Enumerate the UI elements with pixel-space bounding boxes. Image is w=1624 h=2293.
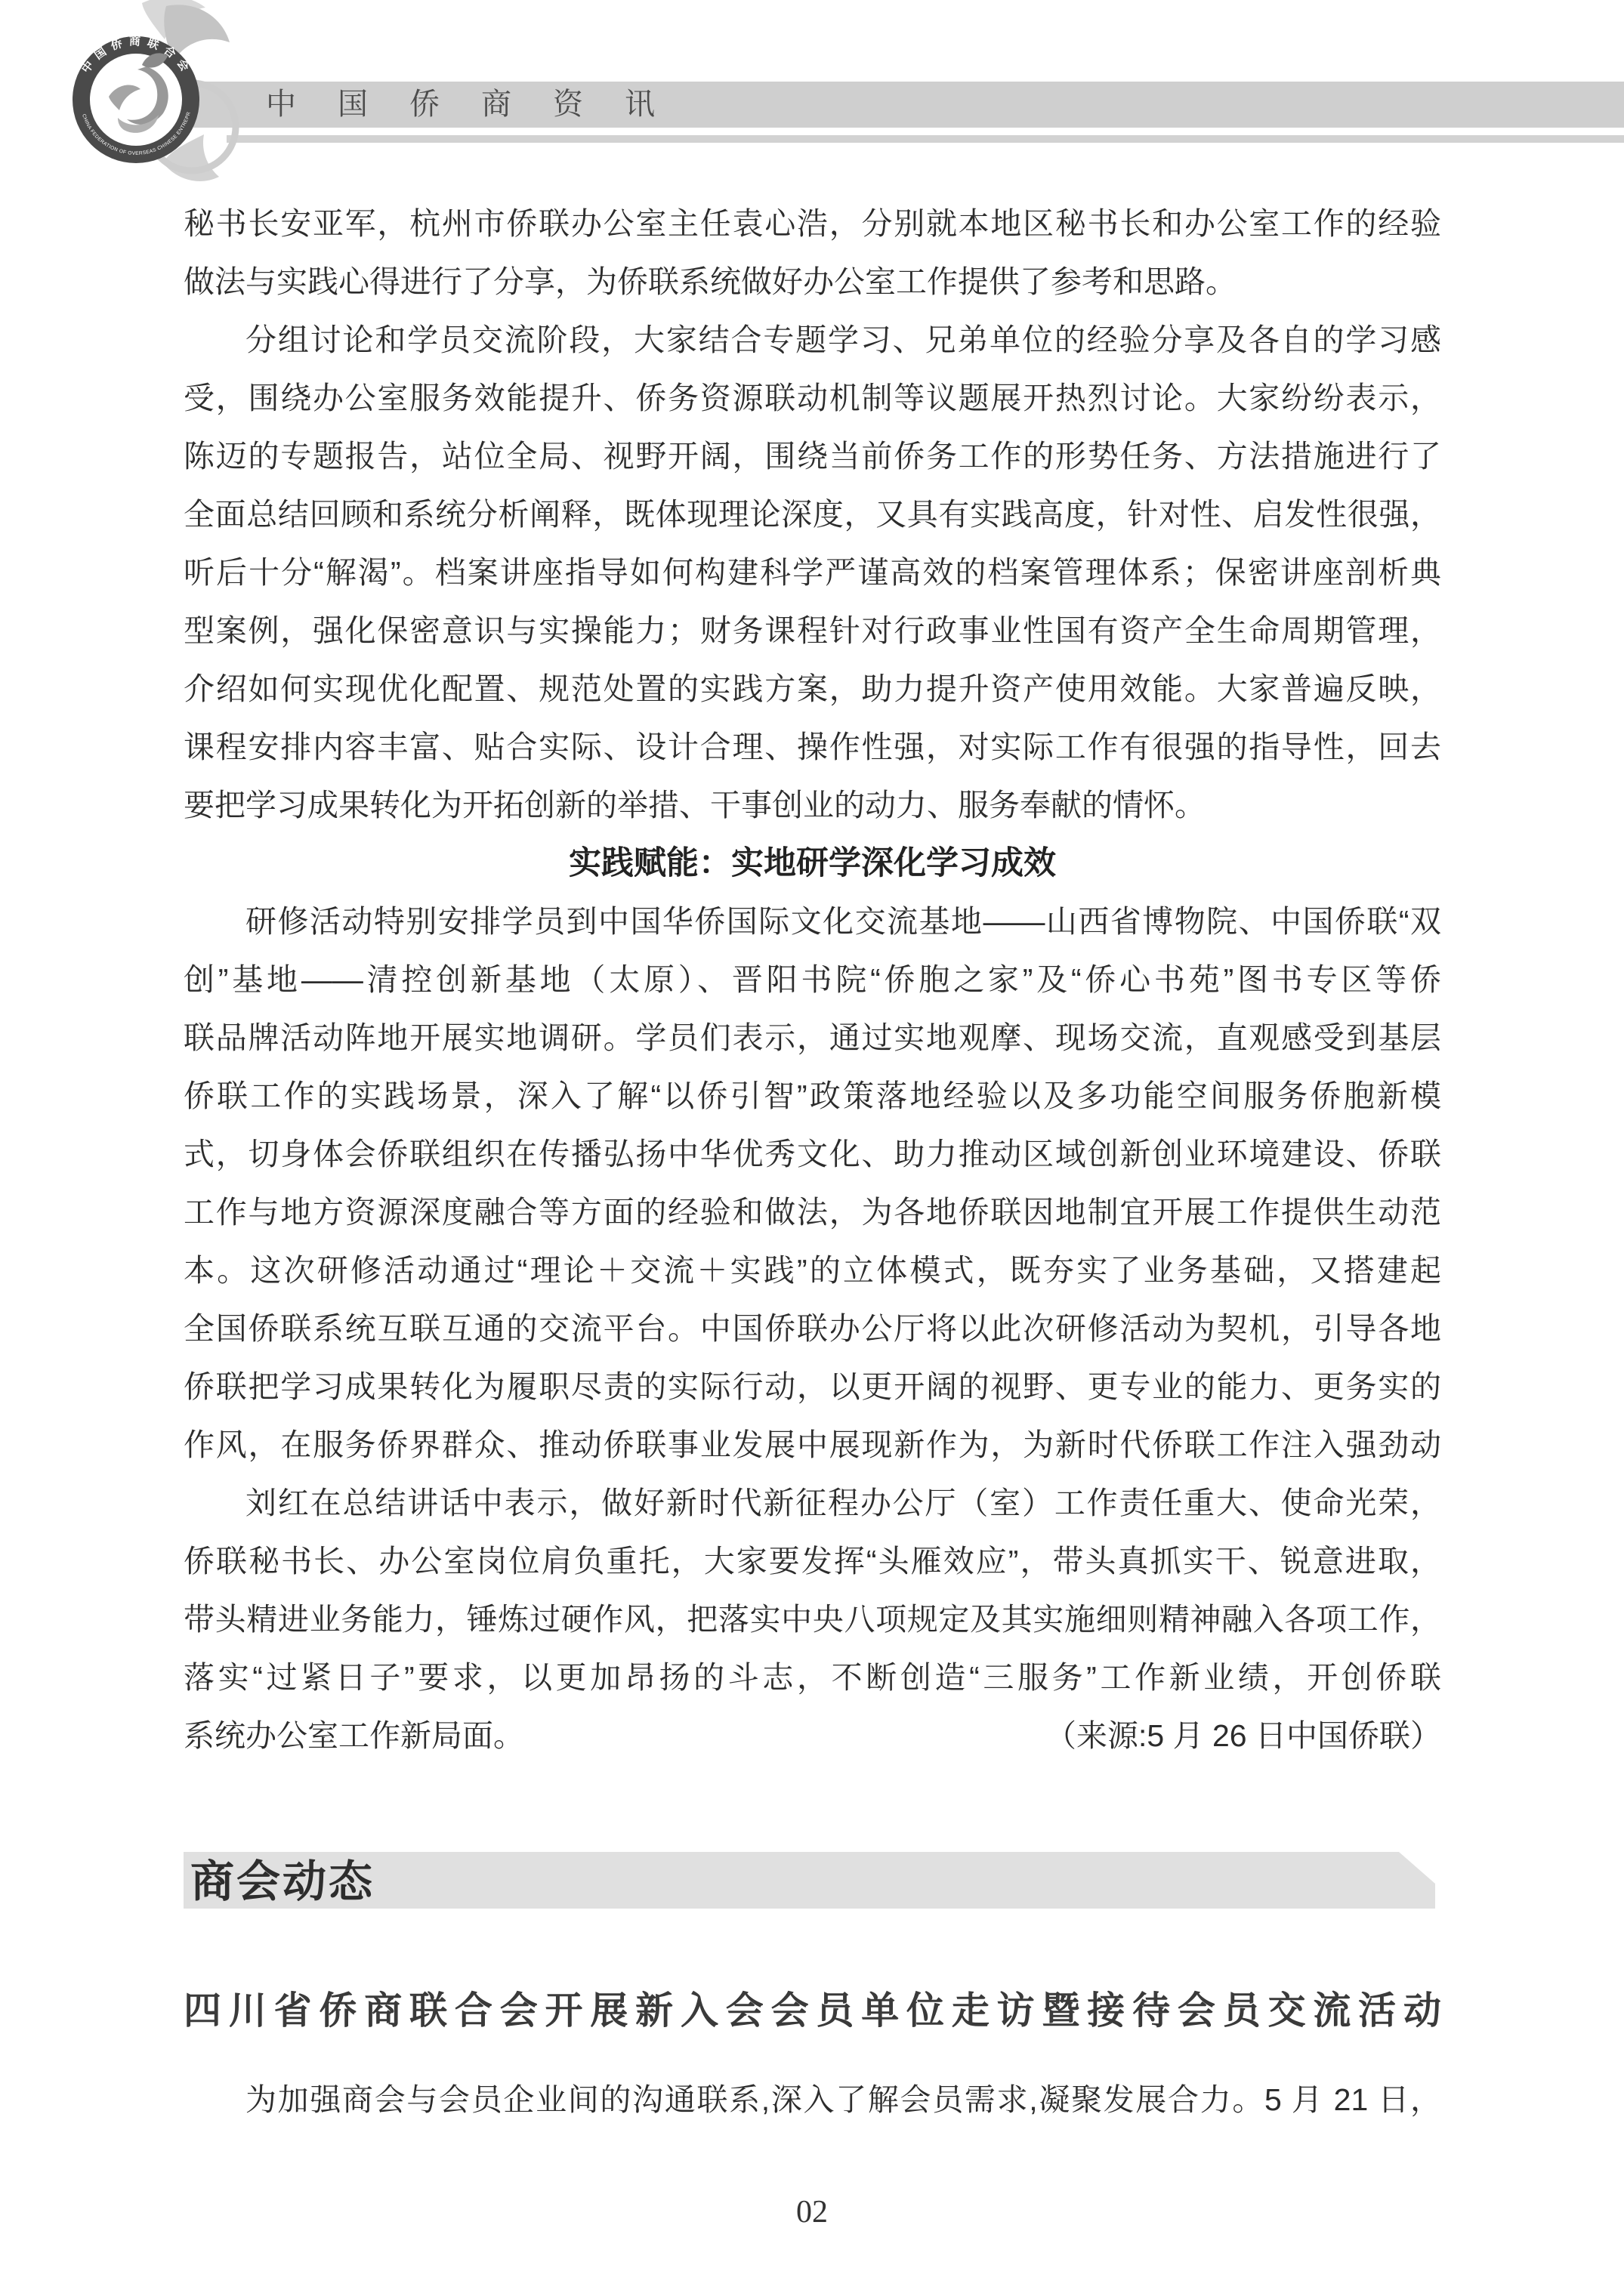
body-line: 侨联工作的实践场景，深入了解“以侨引智”政策落地经验以及多功能空间服务侨胞新模 xyxy=(184,1067,1441,1125)
body-line: 做法与实践心得进行了分享，为侨联系统做好办公室工作提供了参考和思路。 xyxy=(184,253,1441,311)
body-line: 要把学习成果转化为开拓创新的举措、干事创业的动力、服务奉献的情怀。 xyxy=(184,776,1441,835)
body-line: 侨联把学习成果转化为履职尽责的实际行动，以更开阔的视野、更专业的能力、更务实的 xyxy=(184,1358,1441,1416)
body-line: 受，围绕办公室服务效能提升、侨务资源联动机制等议题展开热烈讨论。大家纷纷表示， xyxy=(184,369,1441,427)
section-title: 商会动态 xyxy=(190,1855,375,1909)
body-line: 刘红在总结讲话中表示，做好新时代新征程办公厅（室）工作责任重大、使命光荣， xyxy=(184,1474,1441,1532)
source-credit: （来源:5 月 26 日中国侨联） xyxy=(1045,1707,1441,1765)
body-line: 联品牌活动阵地开展实地调研。学员们表示，通过实地观摩、现场交流，直观感受到基层 xyxy=(184,1009,1441,1067)
body-line: 全国侨联系统互联互通的交流平台。中国侨联办公厅将以此次研修活动为契机，引导各地 xyxy=(184,1300,1441,1358)
body-line: 工作与地方资源深度融合等方面的经验和做法，为各地侨联因地制宜开展工作提供生动范 xyxy=(184,1184,1441,1242)
body-line: 分组讨论和学员交流阶段，大家结合专题学习、兄弟单位的经验分享及各自的学习感 xyxy=(184,311,1441,369)
body-line: 型案例，强化保密意识与实操能力；财务课程针对行政事业性国有资产全生命周期管理， xyxy=(184,602,1441,660)
article-body: 秘书长安亚军，杭州市侨联办公室主任袁心浩，分别就本地区秘书长和办公室工作的经验 … xyxy=(184,195,1441,1765)
article2-body: 为加强商会与会员企业间的沟通联系,深入了解会员需求,凝聚发展合力。5 月 21 … xyxy=(184,2071,1441,2129)
body-line: 研修活动特别安排学员到中国华侨国际文化交流基地——山西省博物院、中国侨联“双 xyxy=(184,893,1441,951)
body-line: 秘书长安亚军，杭州市侨联办公室主任袁心浩，分别就本地区秘书长和办公室工作的经验 xyxy=(184,195,1441,253)
organization-logo: 中国侨商联合会 CHINA FEDERATION OF OVERSEAS CHI… xyxy=(53,0,295,193)
body-line: 带头精进业务能力，锤炼过硬作风，把落实中央八项规定及其实施细则精神融入各项工作， xyxy=(184,1591,1441,1649)
body-line: 陈迈的专题报告，站位全局、视野开阔，围绕当前侨务工作的形势任务、方法措施进行了 xyxy=(184,427,1441,486)
body-line: 落实“过紧日子”要求，以更加昂扬的斗志，不断创造“三服务”工作新业绩，开创侨联 xyxy=(184,1649,1441,1707)
closing-line: 系统办公室工作新局面。 （来源:5 月 26 日中国侨联） xyxy=(184,1707,1441,1765)
body-line: 全面总结回顾和系统分析阐释，既体现理论深度，又具有实践高度，针对性、启发性很强， xyxy=(184,486,1441,544)
article-subheading: 实践赋能：实地研学深化学习成效 xyxy=(184,835,1441,893)
masthead-title: 中国侨商资讯 xyxy=(266,82,696,128)
article2-headline: 四川省侨商联合会开展新入会会员单位走访暨接待会员交流活动 xyxy=(184,1980,1441,2038)
body-line: 课程安排内容丰富、贴合实际、设计合理、操作性强，对实际工作有很强的指导性，回去 xyxy=(184,718,1441,776)
body-line: 为加强商会与会员企业间的沟通联系,深入了解会员需求,凝聚发展合力。5 月 21 … xyxy=(184,2071,1441,2129)
body-line: 侨联秘书长、办公室岗位肩负重托，大家要发挥“头雁效应”，带头真抓实干、锐意进取， xyxy=(184,1532,1441,1591)
page-number: 02 xyxy=(0,2194,1624,2230)
body-line: 创”基地——清控创新基地（太原）、晋阳书院“侨胞之家”及“侨心书苑”图书专区等侨 xyxy=(184,951,1441,1009)
body-line: 式，切身体会侨联组织在传播弘扬中华优秀文化、助力推动区域创新创业环境建设、侨联 xyxy=(184,1125,1441,1184)
closing-text: 系统办公室工作新局面。 xyxy=(184,1707,524,1765)
body-line: 本。这次研修活动通过“理论＋交流＋实践”的立体模式，既夯实了业务基础，又搭建起 xyxy=(184,1242,1441,1300)
body-line: 作风，在服务侨界群众、推动侨联事业发展中展现新作为，为新时代侨联工作注入强劲动能… xyxy=(184,1416,1441,1474)
masthead-band-underline xyxy=(227,135,1624,143)
body-line: 介绍如何实现优化配置、规范处置的实践方案，助力提升资产使用效能。大家普遍反映， xyxy=(184,660,1441,718)
body-line: 听后十分“解渴”。档案讲座指导如何构建科学严谨高效的档案管理体系；保密讲座剖析典 xyxy=(184,544,1441,602)
federation-seal-icon: 中国侨商联合会 CHINA FEDERATION OF OVERSEAS CHI… xyxy=(53,0,295,193)
